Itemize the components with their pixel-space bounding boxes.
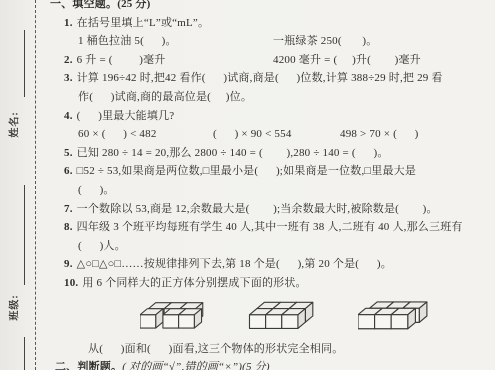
question-7-number: 7. xyxy=(64,203,73,215)
question-8-continued: ( )人。 xyxy=(0,237,495,256)
question-7-text: 一个数除以 53,商是 12,余数最大是( );当余数最大时,被除数是( )。 xyxy=(77,203,438,215)
question-5: 5.已知 280 ÷ 14 = 20,那么 2800 ÷ 140 = ( ),2… xyxy=(0,144,495,163)
question-5-number: 5. xyxy=(64,147,73,159)
question-2-number: 2. xyxy=(64,54,73,66)
question-9-text: △○□△○□……按规律排列下去,第 18 个是( ),第 20 个是( )。 xyxy=(77,258,392,270)
exam-content: 一、填空题。(25 分) 1.在括号里填上“L”或“mL”。 1 桶色拉油 5(… xyxy=(0,0,495,370)
question-8: 8.四年级 3 个班平均每班有学生 40 人,其中一班有 38 人,二班有 40… xyxy=(0,218,495,237)
question-8-line2: ( )人。 xyxy=(78,240,126,252)
question-6: 6.□52 ÷ 53,如果商是两位数,□里最小是( );如果商是一位数,□里最大… xyxy=(0,162,495,181)
cube-figure-1 xyxy=(140,296,210,336)
question-10-text: 用 6 个同样大的正方体分别摆成下面的形状。 xyxy=(82,277,306,289)
question-4-text: ( )里最大能填几? xyxy=(77,110,175,122)
cube-figure-2 xyxy=(247,296,319,336)
question-7: 7.一个数除以 53,商是 12,余数最大是( );当余数最大时,被除数是( )… xyxy=(0,200,495,219)
question-1-number: 1. xyxy=(64,17,73,29)
question-4-number: 4. xyxy=(64,110,73,122)
question-3: 3.计算 196÷42 时,把42 看作( )试商,商是( )位数,计算 388… xyxy=(0,69,495,88)
question-1-text: 在括号里填上“L”或“mL”。 xyxy=(77,17,210,29)
question-2-right-blank: 4200 毫升 = ( )升( )毫升 xyxy=(273,51,421,70)
question-4-item-1: 60 × ( ) < 482 xyxy=(78,125,157,144)
section2-title: 二、判断题。( 对的画“√”,错的画“×”)(5 分) xyxy=(0,358,495,370)
question-3-line2: 作( )试商,商的最高位是( )位。 xyxy=(78,91,252,103)
question-10-caption: 从( )面和( )面看,这三个物体的形状完全相同。 xyxy=(0,340,495,359)
exam-paper-page: 姓名: 班级: 一、填空题。(25 分) 1.在括号里填上“L”或“mL”。 1… xyxy=(0,0,495,370)
question-1: 1.在括号里填上“L”或“mL”。 xyxy=(0,14,495,33)
question-6-continued: ( )。 xyxy=(0,181,495,200)
question-2: 2.6 升 = ( )毫升4200 毫升 = ( )升( )毫升 xyxy=(0,51,495,70)
section2-title-text: 二、判断题。 xyxy=(55,361,122,370)
question-3-continued: 作( )试商,商的最高位是( )位。 xyxy=(0,88,495,107)
section2-note: ( 对的画“√”,错的画“×”)(5 分) xyxy=(122,361,270,370)
question-6-number: 6. xyxy=(64,165,73,177)
section1-title: 一、填空题。(25 分) xyxy=(0,0,495,14)
question-5-text: 已知 280 ÷ 14 = 20,那么 2800 ÷ 140 = ( ),280… xyxy=(77,147,389,159)
question-4-item-2: ( ) × 90 < 554 xyxy=(213,125,292,144)
question-9-number: 9. xyxy=(64,258,73,270)
question-8-line1: 四年级 3 个班平均每班有学生 40 人,其中一班有 38 人,二班有 40 人… xyxy=(77,221,463,233)
question-10-number: 10. xyxy=(64,277,78,289)
question-9: 9.△○□△○□……按规律排列下去,第 18 个是( ),第 20 个是( )。 xyxy=(0,255,495,274)
question-4-item-3: 498 > 70 × ( ) xyxy=(340,125,419,144)
question-10: 10.用 6 个同样大的正方体分别摆成下面的形状。 xyxy=(0,274,495,293)
question-3-line1: 计算 196÷42 时,把42 看作( )试商,商是( )位数,计算 388÷2… xyxy=(77,72,443,84)
question-1-right-blank: 一瓶绿茶 250( )。 xyxy=(273,32,377,51)
question-4-items: 60 × ( ) < 482 ( ) × 90 < 554 498 > 70 ×… xyxy=(0,125,495,144)
question-3-number: 3. xyxy=(64,72,73,84)
question-2-left-blank: 6 升 = ( )毫升 xyxy=(77,54,166,66)
question-1-answers: 1 桶色拉油 5( )。 一瓶绿茶 250( )。 xyxy=(0,32,495,51)
question-1-left-blank: 1 桶色拉油 5( )。 xyxy=(78,32,177,51)
question-6-line1: □52 ÷ 53,如果商是两位数,□里最小是( );如果商是一位数,□里最大是 xyxy=(77,165,416,177)
question-8-number: 8. xyxy=(64,221,73,233)
question-6-line2: ( )。 xyxy=(78,184,115,196)
cube-figures-row xyxy=(0,293,495,340)
cube-figure-3 xyxy=(358,296,432,336)
question-4: 4.( )里最大能填几? xyxy=(0,107,495,126)
